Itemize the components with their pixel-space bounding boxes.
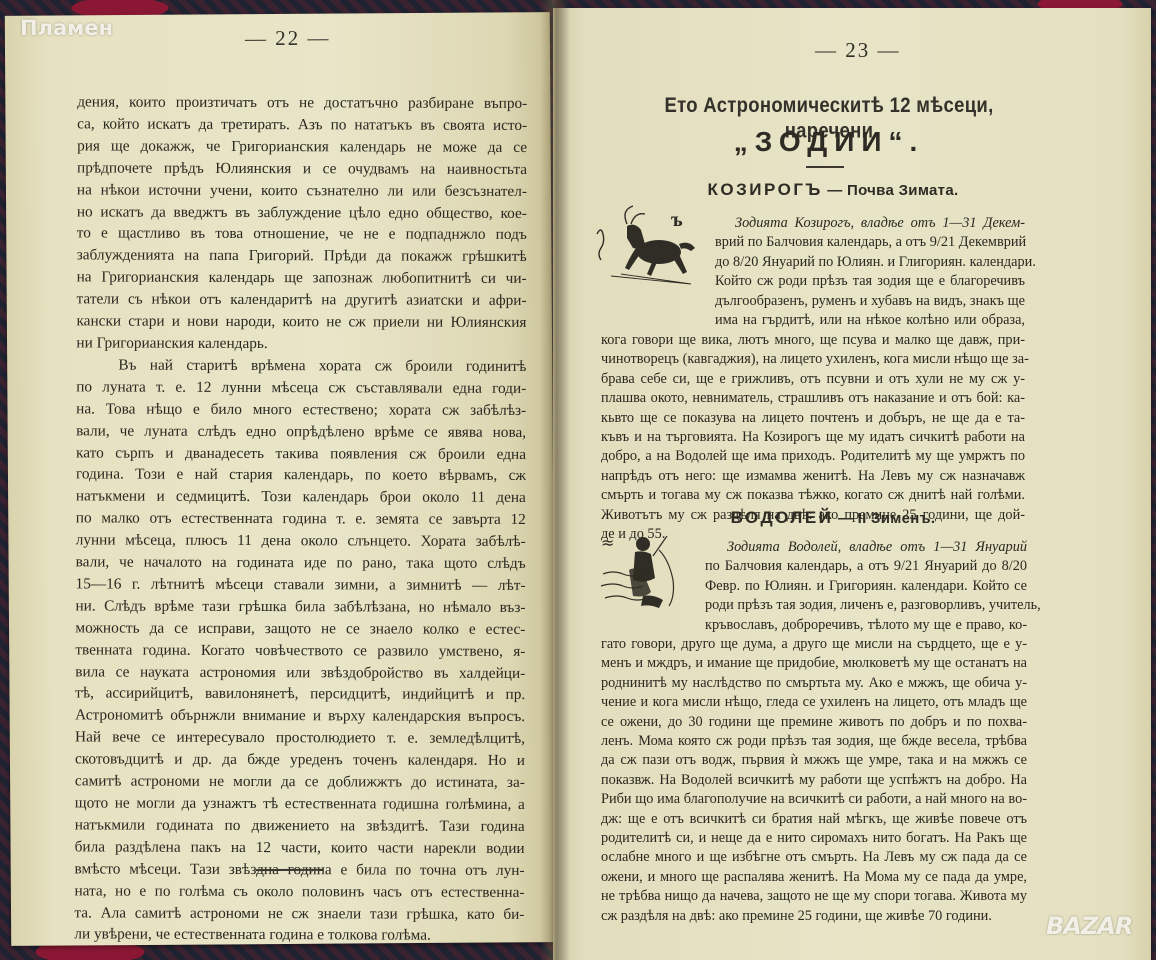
text-line: по малко отъ естественната година т. е. … [76, 508, 526, 531]
text-line: Най вече се интересувало простолюдието т… [75, 727, 525, 750]
text-line: вали, че луната слѣдъ едно опрѣдѣлено вр… [76, 420, 526, 443]
text-line: кански стари и нови народи, които не сж … [76, 310, 526, 333]
text-line: самитѣ астрономи не могли да се доближжт… [75, 770, 525, 793]
text-line: врий по Балчовия календарь, а отъ 9/21 Д… [715, 233, 1025, 252]
paragraph-1: дения, които произтичатъ отъ не достатъч… [76, 91, 527, 355]
text-line: смърть и тогава му сж показва тѣжко, ког… [601, 486, 1025, 505]
left-page-body: дения, които произтичатъ отъ не достатъч… [74, 91, 527, 947]
text-line: гато говори, друго ще дума, а друго ще м… [601, 635, 1027, 654]
left-page-number: — 22 — [245, 26, 331, 52]
text-line: натъкмени и седмицитѣ. Този календарь бр… [76, 486, 526, 509]
book-gutter-shadow [540, 0, 570, 960]
text-line: натъкмили годината по движението на звѣз… [75, 814, 525, 837]
text-line: скотовъдцитѣ и др. да бжде уреденъ точен… [75, 749, 525, 772]
aquarius-full-text: гато говори, друго ще дума, а друго ще м… [601, 635, 1027, 926]
chapter-heading-zodii: „ЗОДИИ“. [679, 126, 979, 158]
text-line: на. Това нѣщо е било много естествено; х… [76, 398, 526, 421]
capricorn-wrapped-text: Зодията Козирогъ, владѣе отъ 1—31 Декем-… [715, 214, 1025, 330]
text-line: заблужденията на папа Григорий. Прѣди да… [77, 245, 527, 268]
text-line: да сж пази отъ водж, първия ѝ мжжъ ще ум… [601, 751, 1027, 770]
text-line: Въ най старитѣ врѣмена хората сж броили … [76, 354, 526, 377]
text-line: Който сж роди прѣзъ тая зодия ще е благо… [715, 272, 1025, 291]
text-line: Зодията Водолей, владѣе отъ 1—31 Януарий [705, 538, 1027, 557]
text-line: дългообразенъ, руменъ и хубавъ на видъ, … [715, 292, 1025, 311]
aquarius-water-bearer-icon: ≈ [599, 530, 694, 612]
text-line: ли увѣрени, че естественната година е то… [74, 924, 524, 947]
text-line: щото не могли да узнажтъ тѣ естественнат… [75, 792, 525, 815]
text-line: като сърпъ и дванадесеть такива появлени… [76, 442, 526, 465]
text-line: напрѣдъ отъ него: ще измамва женитѣ. На … [601, 467, 1025, 486]
text-line: Февр. по Юлиян. и Григориян. календари. … [705, 577, 1027, 596]
text-line: показвж. На Водолей всичкитѣ му работи щ… [601, 771, 1027, 790]
heading-ornament-divider [806, 166, 844, 168]
text-line: кога говори ще вика, лютъ много, ще псув… [601, 331, 1025, 350]
text-line: са, който искатъ да третиратъ. Азъ по на… [77, 113, 527, 136]
text-line: къвъ и на търговията. На Козирогъ ще му … [601, 428, 1025, 447]
right-page: — 23 — Ето Астрономическитѣ 12 мѣсеци, н… [553, 8, 1151, 960]
right-page-number: — 23 — [815, 38, 901, 63]
text-line: Зодията Козирогъ, владѣе отъ 1—31 Декем- [715, 214, 1025, 233]
left-page: — 22 — дения, които произтичатъ отъ не д… [5, 12, 556, 946]
text-line: лунни мѣсеца, плюсъ 11 дена около слънце… [76, 530, 526, 553]
text-line: има на гърдитѣ, или на нѣкое колѣно или … [715, 311, 1025, 330]
text-line: ослабне много и ще избѣгне отъ смърть. Н… [601, 848, 1027, 867]
text-line: дж: ще е отъ всичкитѣ си братия най мѣгк… [601, 810, 1027, 829]
section-subtitle: — Почва Зимата. [827, 182, 958, 199]
text-line: ожени, и много ще распалява женитѣ. На М… [601, 868, 1027, 887]
text-line: кръвославъ, доброречивъ, тѣлото му ще е … [705, 616, 1027, 635]
capricorn-goat-icon: ъ [587, 204, 702, 289]
text-line: по Балчовия календарь, а отъ 9/21 Януари… [705, 557, 1027, 576]
text-line: Риби що има благополучие на всичкитѣ си … [601, 790, 1027, 809]
text-line: плашва окото, невниматель, страшливъ отъ… [601, 389, 1025, 408]
text-line: по луната т. е. 12 лунни мѣсеца сж съста… [76, 376, 526, 399]
seller-watermark: Пламен [20, 16, 113, 40]
text-line: чинотворецъ (кавгаджия), на лицето ухиле… [601, 350, 1025, 369]
text-line: не трѣбва нищо да начева, защото не ще м… [601, 887, 1027, 906]
text-line: та. Ала самитѣ астрономи не сж знаели та… [74, 902, 524, 925]
text-line: ленъ. Мома която сж роди прѣзъ тая зодия… [601, 732, 1027, 751]
text-line: но искатъ да введжтъ въ заблуждение цѣло… [77, 201, 527, 224]
svg-text:≈: ≈ [601, 533, 614, 552]
text-line: рия ще докажж, че Григорианския календар… [77, 135, 527, 158]
text-line: чение и кога мисли нѣщо, гледа се ухилен… [601, 693, 1027, 712]
text-line: тѣ, ассирийцитѣ, вавилонянетѣ, персидцит… [75, 683, 525, 706]
text-line: добро, а на Водолей ще има приходъ. Роди… [601, 447, 1025, 466]
text-line: ни. Слѣдъ врѣме тази грѣшка била забѣлѣз… [75, 595, 525, 618]
text-line: кьвто ще се показува на лицето почтенъ и… [601, 409, 1025, 428]
text-line: прѣдпочете прѣдъ Юлиянския и се очудвамъ… [77, 157, 527, 180]
text-line: роди прѣзъ тая зодия, личенъ е, разговор… [705, 596, 1027, 615]
text-line: татели съ нѣкои отъ календаритѣ на други… [77, 289, 527, 312]
text-line: вила се науката астрономия или звѣздобро… [75, 661, 525, 684]
text-line: година. Този е най стария календарь, по … [76, 464, 526, 487]
text-line: твенната година. Когато човѣчеството се … [75, 639, 525, 662]
text-line: се ожени, до 30 години ще премине животъ… [601, 713, 1027, 732]
text-line: роднинитѣ му наслѣдство по смъртьта му. … [601, 674, 1027, 693]
section-subtitle: — II Зименъ. [838, 510, 936, 527]
svg-text:ъ: ъ [671, 209, 683, 231]
text-line: на нѣкои источни учени, които съзнателно… [77, 179, 527, 202]
section-name: ВОДОЛЕЙ [731, 508, 834, 527]
text-line: на Григорианския календарь ще запознаж л… [77, 267, 527, 290]
text-line: дения, които произтичатъ отъ не достатъч… [77, 91, 527, 114]
aquarius-wrapped-text: Зодията Водолей, владѣе отъ 1—31 Януарий… [705, 538, 1027, 635]
bazar-logo-watermark: BAZAR [1046, 912, 1132, 940]
text-line: брава себе си, ще е грижливъ, отъ псувни… [601, 370, 1025, 389]
paragraph-2: Въ най старитѣ врѣмена хората сж броили … [74, 354, 526, 947]
section-title-aquarius: ВОДОЛЕЙ — II Зименъ. [593, 508, 1073, 528]
text-line: ни Григорианския календарь. [76, 332, 526, 355]
section-title-capricorn: КОЗИРОГЪ — Почва Зимата. [593, 180, 1073, 200]
text-line: Астрономитѣ обърнжли внимание и върху ка… [75, 705, 525, 728]
text-line: менъ и мждръ, и имание ще придобие, мюлк… [601, 654, 1027, 673]
section-name: КОЗИРОГЪ [708, 180, 823, 199]
text-line: можность да се исправи, защото не се зна… [75, 617, 525, 640]
text-line: то е щастливо въ това отношение, че не е… [77, 223, 527, 246]
text-line: била раздѣлена пакъ на 12 части, които ч… [75, 836, 525, 859]
text-line: родителитѣ си, и неще да е нито сиромахъ… [601, 829, 1027, 848]
text-line: ната, но е по голѣма съ около половинъ ч… [74, 880, 524, 903]
text-line: сж раздѣля на двѣ: ако премине 25 години… [601, 907, 1027, 926]
text-line: 15—16 г. лѣтнитѣ мѣсеци ставали зимни, а… [76, 573, 526, 596]
text-line: вали, че началото на годината иде по ран… [76, 551, 526, 574]
text-line: до 8/20 Януарий по Юлиян. и Глигориян. к… [715, 253, 1025, 272]
